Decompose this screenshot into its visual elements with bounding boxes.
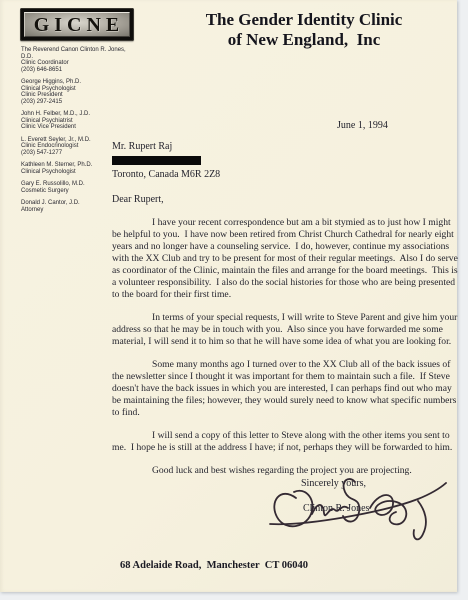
letter-paragraphs: I have your recent correspondence but am… — [112, 217, 459, 477]
signature — [266, 466, 458, 566]
clinic-logo-text: GICNE — [30, 15, 125, 35]
clinic-logo: GICNE — [20, 8, 134, 41]
staff-entry: The Reverend Canon Clinton R. Jones, D.D… — [21, 47, 133, 73]
redaction-bar — [112, 156, 201, 165]
clinic-logo-panel: GICNE — [24, 12, 130, 37]
org-title-line1: The Gender Identity Clinic — [206, 10, 403, 29]
letter-paragraph: In terms of your special requests, I wil… — [112, 312, 459, 348]
org-title-line2: of New England, Inc — [228, 30, 381, 49]
recipient-city: Toronto, Canada M6R 2Z8 — [112, 169, 459, 181]
staff-entry: George Higgins, Ph.D. Clinical Psycholog… — [21, 79, 133, 105]
letter-page: GICNE The Gender Identity Clinicof New E… — [0, 0, 457, 592]
letter-paragraph: I have your recent correspondence but am… — [112, 217, 459, 301]
recipient-name: Mr. Rupert Raj — [112, 141, 459, 153]
letter-paragraph: Some many months ago I turned over to th… — [112, 359, 459, 419]
letter-body: Mr. Rupert Raj Toronto, Canada M6R 2Z8 D… — [112, 141, 459, 477]
salutation: Dear Rupert, — [112, 194, 459, 206]
letter-paragraph: I will send a copy of this letter to Ste… — [112, 430, 459, 454]
staff-entry: John H. Felber, M.D., J.D. Clinical Psyc… — [21, 111, 133, 131]
letter-date: June 1, 1994 — [337, 120, 388, 131]
org-title: The Gender Identity Clinicof New England… — [150, 10, 458, 50]
